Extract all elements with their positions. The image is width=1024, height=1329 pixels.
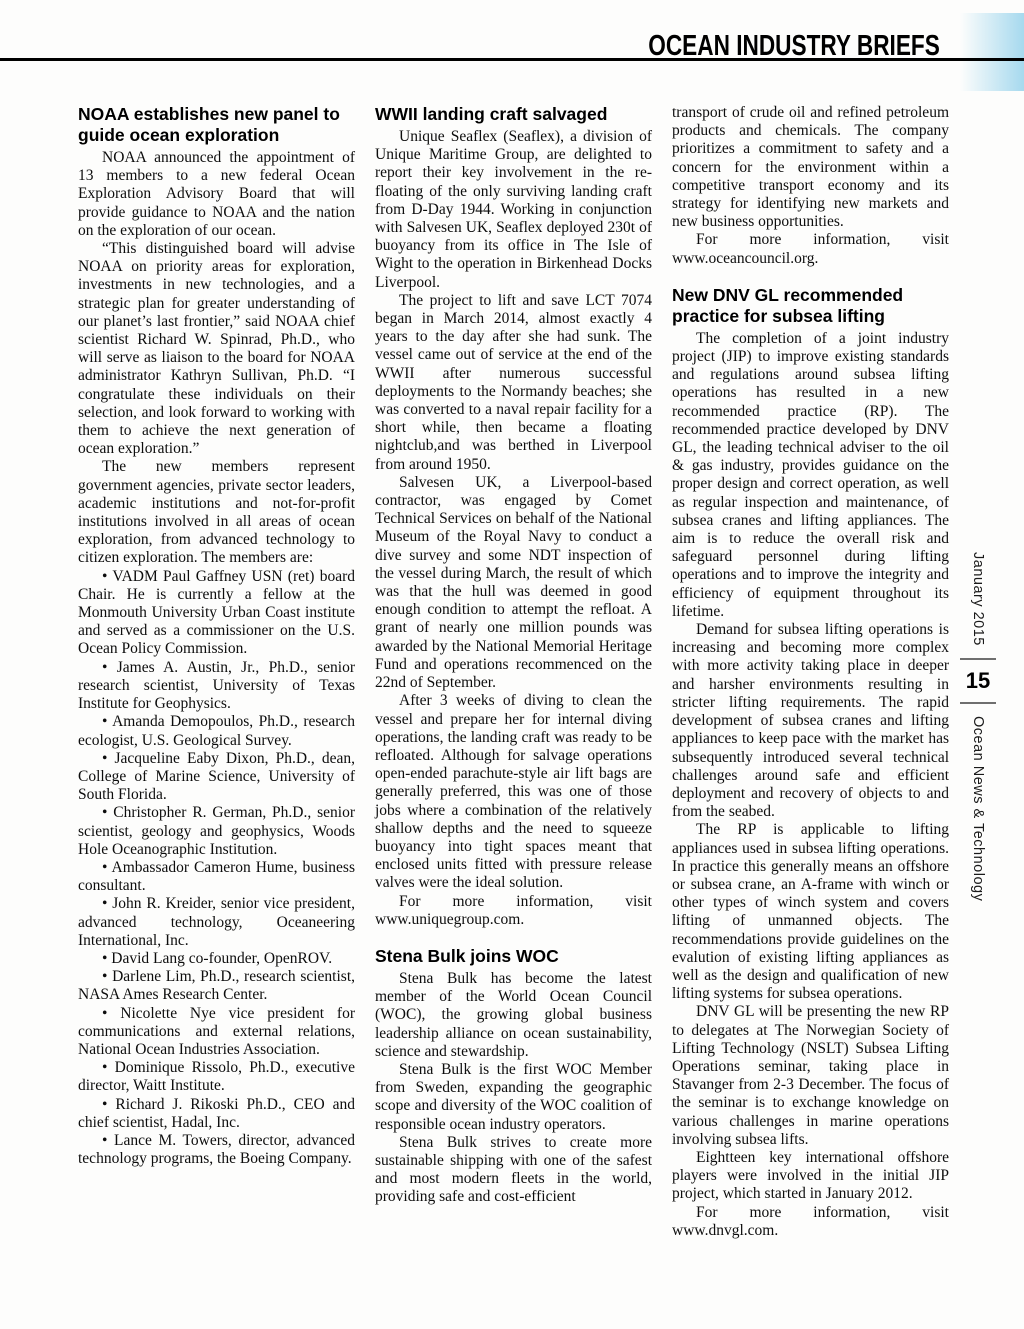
member-list-item: • VADM Paul Gaffney USN (ret) board Chai… [78, 568, 355, 659]
paragraph: Unique Seaflex (Seaflex), a division of … [375, 128, 652, 292]
page-number: 15 [966, 670, 990, 692]
issue-date: January 2015 [970, 552, 986, 646]
sidebar-rule-bottom [960, 702, 996, 704]
member-list-item: • Darlene Lim, Ph.D., research scientist… [78, 968, 355, 1004]
paragraph: Stena Bulk has become the latest member … [375, 970, 652, 1061]
column-3: transport of crude oil and refined petro… [672, 104, 949, 1240]
member-list-item: • Amanda Demopoulos, Ph.D., research eco… [78, 713, 355, 749]
paragraph-continuation: transport of crude oil and refined petro… [672, 104, 949, 231]
member-list-item: • Richard J. Rikoski Ph.D., CEO and chie… [78, 1096, 355, 1132]
more-info-line: For more information, visit www.oceancou… [672, 231, 949, 267]
member-list-item: • Nicolette Nye vice president for commu… [78, 1005, 355, 1060]
more-info-line: For more information, visit www.dnvgl.co… [672, 1204, 949, 1240]
article-heading-dnv-gl: New DNV GL recommended practice for subs… [672, 285, 949, 327]
paragraph: Stena Bulk strives to create more sustai… [375, 1134, 652, 1207]
page-sidebar: January 2015 15 Ocean News & Technology [956, 552, 1000, 901]
member-list-item: • Jacqueline Eaby Dixon, Ph.D., dean, Co… [78, 750, 355, 805]
paragraph: The project to lift and save LCT 7074 be… [375, 292, 652, 474]
member-list-item: • Ambassador Cameron Hume, business cons… [78, 859, 355, 895]
member-list-item: • Dominique Rissolo, Ph.D., executive di… [78, 1059, 355, 1095]
article-heading-wwii-landing-craft: WWII landing craft salvaged [375, 104, 652, 125]
member-list-item: • James A. Austin, Jr., Ph.D., senior re… [78, 659, 355, 714]
corner-gradient-decoration [960, 13, 1024, 91]
more-info-line: For more information, visit www.uniquegr… [375, 893, 652, 929]
header-rule [0, 58, 1024, 61]
paragraph: “This distinguished board will advise NO… [78, 240, 355, 458]
paragraph: DNV GL will be presenting the new RP to … [672, 1003, 949, 1149]
paragraph: NOAA announced the appointment of 13 mem… [78, 149, 355, 240]
member-list-item: • Christopher R. German, Ph.D., senior s… [78, 804, 355, 859]
paragraph: Stena Bulk is the first WOC Member from … [375, 1061, 652, 1134]
column-1: NOAA establishes new panel to guide ocea… [78, 104, 355, 1240]
sidebar-rule-top [960, 658, 996, 660]
article-heading-stena-bulk: Stena Bulk joins WOC [375, 946, 652, 967]
member-list-item: • Lance M. Towers, director, advanced te… [78, 1132, 355, 1168]
paragraph: The completion of a joint industry proje… [672, 330, 949, 621]
column-2: WWII landing craft salvaged Unique Seafl… [375, 104, 652, 1240]
member-list-item: • John R. Kreider, senior vice president… [78, 895, 355, 950]
paragraph: The new members represent government age… [78, 458, 355, 567]
article-columns: NOAA establishes new panel to guide ocea… [78, 104, 950, 1240]
paragraph: The RP is applicable to lifting applianc… [672, 821, 949, 1003]
paragraph: Demand for subsea lifting operations is … [672, 621, 949, 821]
paragraph: After 3 weeks of diving to clean the ves… [375, 692, 652, 892]
paragraph: Eightteen key international offshore pla… [672, 1149, 949, 1204]
magazine-page: OCEAN INDUSTRY BRIEFS NOAA establishes n… [0, 0, 1024, 1329]
paragraph: Salvesen UK, a Liverpool-based contracto… [375, 474, 652, 692]
article-heading-noaa-panel: NOAA establishes new panel to guide ocea… [78, 104, 355, 146]
member-list-item: • David Lang co-founder, OpenROV. [78, 950, 355, 968]
publication-name: Ocean News & Technology [970, 716, 986, 901]
